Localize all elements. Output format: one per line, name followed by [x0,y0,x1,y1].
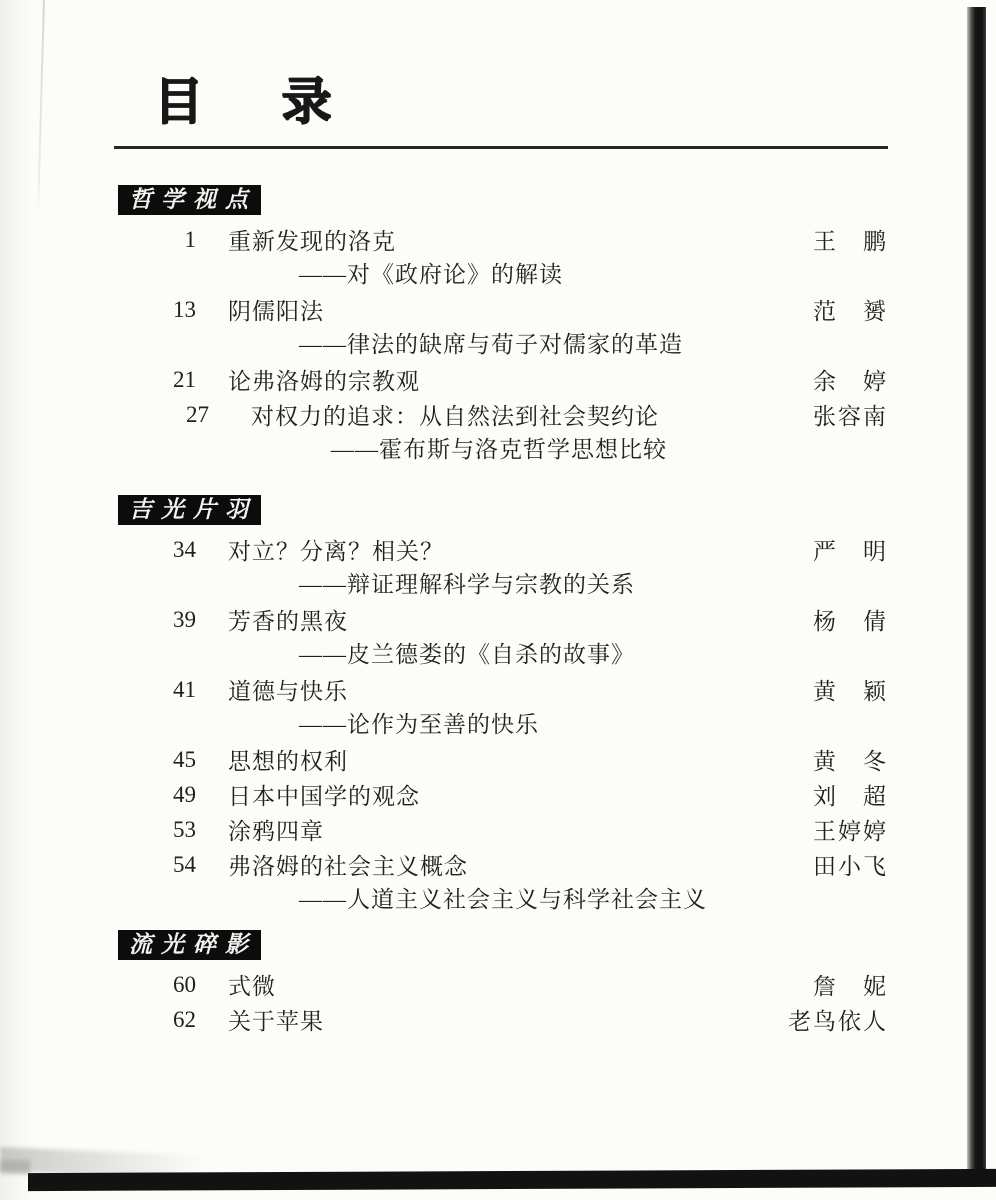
entry-page-number: 34 [118,537,196,563]
entry-subtitle: ——律法的缺席与荀子对儒家的革造 [118,327,888,362]
entry-title: 对立？分离？相关？ [228,533,813,566]
toc-sections: 哲学视点 1 重新发现的洛克 王 鹏 ——对《政府论》的解读 13 阴儒阳法 范… [118,185,888,1065]
toc-entry: 1 重新发现的洛克 王 鹏 ——对《政府论》的解读 [118,222,888,292]
entry-title: 重新发现的洛克 [228,223,813,256]
scan-edge-right [967,7,986,1177]
entry-page-number: 60 [118,972,196,998]
toc-entry: 49 日本中国学的观念 刘 超 [118,777,888,812]
entry-main-line: 60 式微 詹 妮 [118,967,888,1002]
toc-entry: 34 对立？分离？相关？ 严 明 ——辩证理解科学与宗教的关系 [118,532,888,602]
entry-author: 詹 妮 [813,968,888,1001]
entry-page-number: 54 [118,852,196,878]
entry-title: 阴儒阳法 [228,293,813,326]
scan-left-shading [0,0,34,1200]
entry-author: 黄 颖 [813,673,888,706]
entry-author: 杨 倩 [813,603,888,636]
entry-title: 思想的权利 [228,743,813,776]
entry-author: 严 明 [813,533,888,566]
entry-subtitle: ——论作为至善的快乐 [118,707,888,742]
entry-author: 范 赟 [813,293,888,326]
entry-title: 论弗洛姆的宗教观 [228,363,813,396]
entry-subtitle: ——辩证理解科学与宗教的关系 [118,567,888,602]
entry-subtitle: ——人道主义社会主义与科学社会主义 [118,882,888,917]
entry-title: 日本中国学的观念 [228,778,813,811]
entry-page-number: 49 [118,782,196,808]
toc-entry: 41 道德与快乐 黄 颖 ——论作为至善的快乐 [118,672,888,742]
entry-title: 对权力的追求：从自然法到社会契约论 [251,398,813,431]
entry-main-line: 21 论弗洛姆的宗教观 余 婷 [118,362,888,397]
entry-main-line: 13 阴儒阳法 范 赟 [118,292,888,327]
toc-section: 哲学视点 1 重新发现的洛克 王 鹏 ——对《政府论》的解读 13 阴儒阳法 范… [118,185,888,467]
entry-main-line: 62 关于苹果 老鸟依人 [118,1002,888,1037]
section-entries: 34 对立？分离？相关？ 严 明 ——辩证理解科学与宗教的关系 39 芳香的黑夜… [118,532,888,917]
entry-title: 涂鸦四章 [228,813,813,846]
entry-author: 张容南 [813,398,888,431]
toc-entry: 39 芳香的黑夜 杨 倩 ——皮兰德娄的《自杀的故事》 [118,602,888,672]
entry-page-number: 41 [118,677,196,703]
entry-title: 式微 [228,968,813,1001]
scan-edge-bottom [28,1169,996,1191]
entry-page-number: 1 [118,227,196,253]
toc-section: 流光碎影 60 式微 詹 妮 62 关于苹果 老鸟依人 [118,930,888,1037]
entry-subtitle: ——霍布斯与洛克哲学思想比较 [118,432,888,467]
page-title: 目 录 [153,74,345,128]
entry-page-number: 39 [118,607,196,633]
entry-page-number: 53 [118,817,196,843]
toc-entry: 27 对权力的追求：从自然法到社会契约论 张容南 ——霍布斯与洛克哲学思想比较 [118,397,888,467]
section-label: 哲学视点 [118,185,261,215]
toc-entry: 13 阴儒阳法 范 赟 ——律法的缺席与荀子对儒家的革造 [118,292,888,362]
entry-author: 余 婷 [813,363,888,396]
entry-page-number: 45 [118,747,196,773]
entry-author: 刘 超 [813,778,888,811]
entry-author: 田小飞 [813,848,888,881]
entry-main-line: 54 弗洛姆的社会主义概念 田小飞 [118,847,888,882]
entry-title: 道德与快乐 [228,673,813,706]
entry-page-number: 13 [118,297,196,323]
entry-main-line: 53 涂鸦四章 王婷婷 [118,812,888,847]
entry-main-line: 39 芳香的黑夜 杨 倩 [118,602,888,637]
entry-title: 关于苹果 [228,1003,788,1036]
entry-author: 王 鹏 [813,223,888,256]
toc-entry: 60 式微 詹 妮 [118,967,888,1002]
entry-author: 黄 冬 [813,743,888,776]
entry-author: 老鸟依人 [788,1003,888,1036]
entry-subtitle: ——对《政府论》的解读 [118,257,888,292]
entry-main-line: 45 思想的权利 黄 冬 [118,742,888,777]
toc-entry: 45 思想的权利 黄 冬 [118,742,888,777]
entry-author: 王婷婷 [813,813,888,846]
entry-page-number: 62 [118,1007,196,1033]
toc-entry: 62 关于苹果 老鸟依人 [118,1002,888,1037]
entry-main-line: 1 重新发现的洛克 王 鹏 [118,222,888,257]
toc-section: 吉光片羽 34 对立？分离？相关？ 严 明 ——辩证理解科学与宗教的关系 39 … [118,495,888,917]
entry-main-line: 34 对立？分离？相关？ 严 明 [118,532,888,567]
scan-bottom-left-mark [0,1160,30,1174]
entry-page-number: 21 [118,367,196,393]
section-label: 吉光片羽 [118,495,261,525]
entry-title: 芳香的黑夜 [228,603,813,636]
section-entries: 60 式微 詹 妮 62 关于苹果 老鸟依人 [118,967,888,1037]
section-entries: 1 重新发现的洛克 王 鹏 ——对《政府论》的解读 13 阴儒阳法 范 赟 ——… [118,222,888,467]
entry-subtitle: ——皮兰德娄的《自杀的故事》 [118,637,888,672]
section-label: 流光碎影 [118,930,261,960]
scanned-toc-page: 目 录 哲学视点 1 重新发现的洛克 王 鹏 ——对《政府论》的解读 13 阴儒… [0,0,996,1200]
title-divider [114,146,888,149]
entry-title: 弗洛姆的社会主义概念 [228,848,813,881]
entry-main-line: 27 对权力的追求：从自然法到社会契约论 张容南 [118,397,888,432]
entry-page-number: 27 [118,402,209,428]
page-crease [37,0,45,219]
toc-entry: 21 论弗洛姆的宗教观 余 婷 [118,362,888,397]
entry-main-line: 49 日本中国学的观念 刘 超 [118,777,888,812]
toc-entry: 53 涂鸦四章 王婷婷 [118,812,888,847]
entry-main-line: 41 道德与快乐 黄 颖 [118,672,888,707]
toc-entry: 54 弗洛姆的社会主义概念 田小飞 ——人道主义社会主义与科学社会主义 [118,847,888,917]
